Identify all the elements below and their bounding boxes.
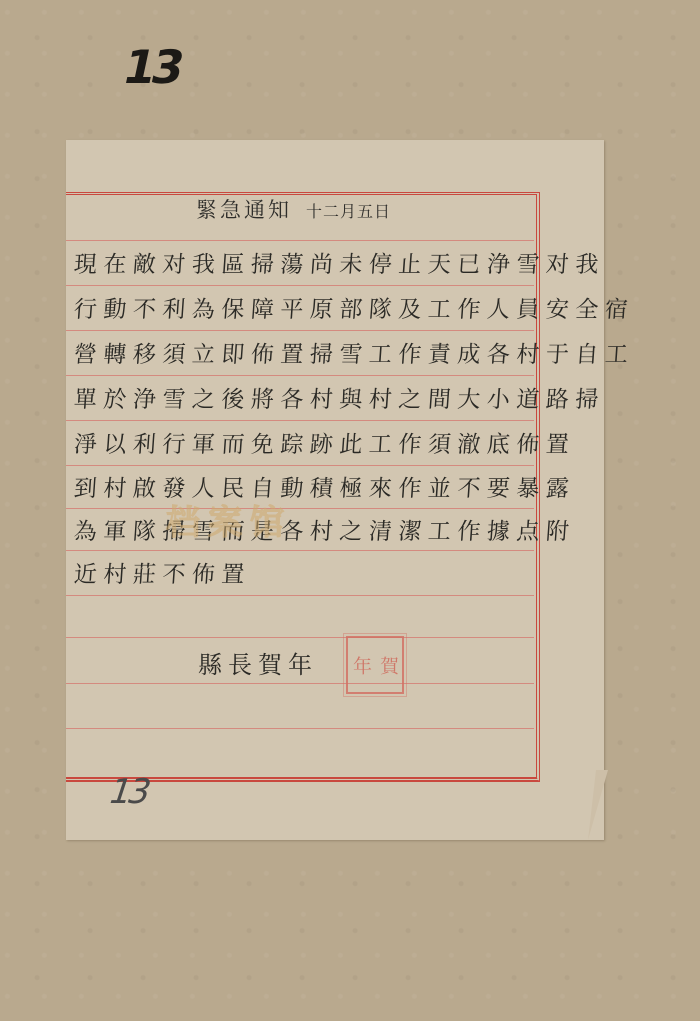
red-seal-stamp: 年 賀 xyxy=(346,636,404,694)
document-sheet: 緊急通知 十二月五日 現在敵对我區掃蕩尚未停止天已浄雪对我 行動不利為保障平原部… xyxy=(66,140,604,840)
ruled-line xyxy=(66,595,534,596)
ruled-line xyxy=(66,330,534,331)
body-line: 淨以利行軍而免踪跡此工作須澈底佈置 xyxy=(73,426,577,459)
ruled-line xyxy=(66,728,534,729)
ruled-line xyxy=(66,508,534,509)
ruled-line xyxy=(66,375,534,376)
ruled-line xyxy=(66,420,534,421)
ruled-line xyxy=(66,683,534,684)
body-line: 行動不利為保障平原部隊及工作人員安全宿 xyxy=(73,291,636,324)
ruled-line xyxy=(66,285,534,286)
ruled-line xyxy=(66,240,534,241)
body-line: 營轉移須立即佈置掃雪工作責成各村于自工 xyxy=(73,336,636,369)
ruled-line xyxy=(66,465,534,466)
body-line: 到村啟發人民自動積極來作並不要暴露 xyxy=(73,470,577,503)
signature: 縣長賀年 xyxy=(198,645,318,680)
ruled-line xyxy=(66,550,534,551)
notice-title: 緊急通知 xyxy=(196,194,292,224)
folio-number-top: 13 xyxy=(118,40,185,94)
notice-header: 緊急通知 十二月五日 xyxy=(196,194,391,234)
body-line: 現在敵对我區掃蕩尚未停止天已浄雪对我 xyxy=(73,246,606,279)
body-line: 近村莊不佈置 xyxy=(73,556,252,589)
body-line: 單於浄雪之後將各村與村之間大小道路掃 xyxy=(73,381,606,414)
body-line: 為軍隊掃雪而是各村之清潔工作據点附 xyxy=(73,513,577,546)
notice-date: 十二月五日 xyxy=(306,199,391,222)
seal-char: 賀 xyxy=(375,656,402,675)
seal-char: 年 xyxy=(348,656,375,675)
ruled-line xyxy=(66,637,534,638)
